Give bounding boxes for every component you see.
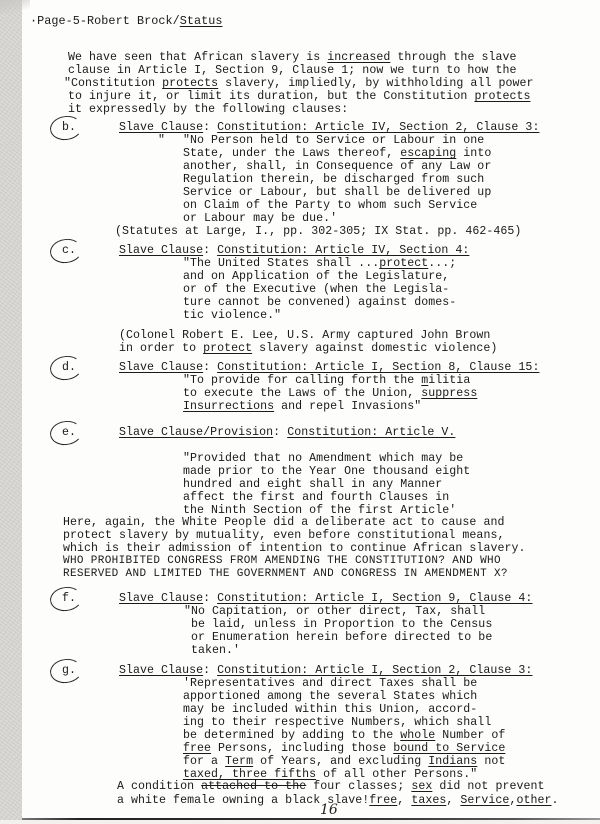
text: "Constitution (64, 77, 162, 90)
quote-line: be laid, unless in Proportion to the Cen… (184, 618, 492, 631)
emphasis-free: free (369, 794, 397, 807)
emphasis-sex: sex (411, 780, 432, 793)
text: 'Representatives and direct Taxes shall … (183, 677, 477, 690)
quote-line: 'Representatives and direct Taxes shall … (183, 677, 477, 690)
scan-bottom-band (0, 820, 600, 824)
heading-separator: : (203, 121, 217, 134)
clause-label: e. (62, 426, 76, 439)
heading-prefix: Slave Clause (119, 664, 203, 677)
clause-heading: Slave Clause: Constitution: Article I, S… (119, 664, 532, 677)
text: on Claim of the Party to whom such Servi… (183, 199, 477, 212)
text: We have seen that African slavery is (68, 51, 327, 64)
text: ...; (428, 257, 456, 270)
intro-line: to injure it, or limit its duration, but… (68, 90, 531, 103)
clause-label: d. (62, 361, 76, 374)
text: four classes; (306, 780, 411, 793)
quote-line: be determined by adding to the whole Num… (183, 729, 505, 742)
page-header: ·Page-5-Robert Brock/Status (30, 15, 223, 28)
clause-label: c. (62, 244, 76, 257)
text: "No Person held to Service or Labour in … (183, 134, 484, 147)
text: to injure it, or limit its duration, but… (68, 90, 474, 103)
clause-heading: Slave Clause: Constitution: Article IV, … (119, 244, 469, 257)
text: apportioned among the several States whi… (183, 690, 477, 703)
clause-label: f. (62, 592, 76, 605)
quote-line: free Persons, including those bound to S… (183, 742, 505, 755)
emphasis: protect (379, 257, 428, 270)
text: of Years, and excluding (253, 755, 428, 768)
clause-heading: Slave Clause: Constitution: Article I, S… (119, 592, 532, 605)
commentary-line: Here, again, the White People did a deli… (63, 516, 504, 529)
quote-line: on Claim of the Party to whom such Servi… (183, 199, 477, 212)
quote-line: "No Person held to Service or Labour in … (183, 134, 484, 147)
quote-line: made prior to the Year One thousand eigh… (183, 465, 470, 478)
text: , (446, 794, 460, 807)
text: ture cannot be convened) against domes- (183, 296, 456, 309)
heading-reference: Constitution: Article V. (287, 426, 455, 439)
quote-line: for a Term of Years, and excluding India… (183, 755, 505, 768)
commentary-line: RESERVED AND LIMITED THE GOVERNMENT AND … (63, 568, 508, 581)
intro-line: it expressedly by the following clauses: (68, 103, 348, 116)
clause-label: g. (62, 664, 76, 677)
emphasis: Term (225, 755, 253, 768)
text: "The United States shall ... (183, 257, 379, 270)
heading-separator: : (203, 361, 217, 374)
text: and on Application of the Legislature, (183, 270, 449, 283)
text: and repel Invasions" (274, 400, 421, 413)
commentary-line: protect slavery by mutuality, even befor… (63, 529, 504, 542)
clause-heading: Slave Clause: Constitution: Article I, S… (119, 361, 539, 374)
quote-line: Insurrections and repel Invasions" (183, 400, 421, 413)
emphasis: suppress (421, 387, 477, 400)
scan-corner-smudge (0, 0, 30, 14)
clause-heading: Slave Clause/Provision: Constitution: Ar… (119, 426, 455, 439)
text: through the slave (390, 51, 516, 64)
quote-line: hundred and eight shall in any Manner (183, 478, 442, 491)
text: be determined by adding to the (183, 729, 400, 742)
text: "To provide for calling forth the (183, 374, 421, 387)
text: or of the Executive (when the Legisla- (183, 283, 449, 296)
commentary-line: WHO PROHIBITED CONGRESS FROM AMENDING TH… (63, 555, 501, 568)
text: (Statutes at Large, I., pp. 302-305; IX … (115, 225, 521, 238)
scan-edge-strip (0, 0, 22, 824)
heading-reference: Constitution: Article IV, Section 4: (217, 244, 469, 257)
quote-line: another, shall, in Consequence of any La… (183, 160, 491, 173)
text: another, shall, in Consequence of any La… (183, 160, 491, 173)
text: taken.' (184, 644, 240, 657)
text: "Provided that no Amendment which may be (183, 452, 463, 465)
text: in order to (119, 342, 203, 355)
emphasis-protects: protects (474, 90, 530, 103)
quote-line: "No Capitation, or other direct, Tax, sh… (184, 605, 485, 618)
text: ing to their respective Numbers, which s… (183, 716, 491, 729)
emphasis: bound to Service (393, 742, 505, 755)
quote-line: may be included within this Union, accor… (183, 703, 477, 716)
emphasis: escaping (400, 147, 456, 160)
text: State, under the Laws thereof, (183, 147, 400, 160)
heading-reference: Constitution: Article I, Section 8, Clau… (217, 361, 539, 374)
intro-line: We have seen that African slavery is inc… (68, 51, 517, 64)
ditto-mark: " (158, 134, 165, 147)
text: tic violence." (183, 309, 281, 322)
commentary-line: which is their admission of intention to… (63, 542, 526, 555)
heading-reference: Constitution: Article IV, Section 2, Cla… (217, 121, 539, 134)
heading-separator: : (203, 664, 217, 677)
heading-reference: Constitution: Article I, Section 2, Clau… (217, 664, 532, 677)
text: , (397, 794, 411, 807)
quote-line: Service or Labour, but shall be delivere… (183, 186, 491, 199)
text: ilitia (428, 374, 470, 387)
intro-line: "Constitution protects slavery, impliedl… (64, 77, 534, 90)
heading-separator: : (203, 244, 217, 257)
text: . (552, 794, 559, 807)
quote-line: Regulation therein, be discharged from s… (183, 173, 484, 186)
quote-line: ture cannot be convened) against domes- (183, 296, 456, 309)
quote-line: "The United States shall ...protect...; (183, 257, 456, 270)
text: affect the first and fourth Clauses in (183, 491, 449, 504)
text: into (456, 147, 491, 160)
text: or Labour may be due.' (183, 212, 337, 225)
document-page: ·Page-5-Robert Brock/Status We have seen… (0, 0, 600, 824)
text: be laid, unless in Proportion to the Cen… (184, 618, 492, 631)
emphasis-protects: protects (162, 77, 218, 90)
text: Regulation therein, be discharged from s… (183, 173, 484, 186)
text: may be included within this Union, accor… (183, 703, 477, 716)
heading-separator: : (273, 426, 287, 439)
intro-line: clause in Article I, Section 9, Clause 1… (68, 64, 516, 77)
text: (Colonel Robert E. Lee, U.S. Army captur… (119, 329, 490, 342)
emphasis: whole (400, 729, 435, 742)
quote-line: or Labour may be due.' (183, 212, 337, 225)
text: slavery, impliedly, by withholding all p… (218, 77, 533, 90)
heading-prefix: Slave Clause (119, 121, 203, 134)
quote-line: or of the Executive (when the Legisla- (183, 283, 449, 296)
emphasis: free (183, 742, 211, 755)
emphasis-increased: increased (327, 51, 390, 64)
clause-label: b. (62, 121, 76, 134)
heading-separator: : (203, 592, 217, 605)
quote-line: affect the first and fourth Clauses in (183, 491, 449, 504)
heading-prefix: Slave Clause (119, 244, 203, 257)
quote-line: "Provided that no Amendment which may be (183, 452, 463, 465)
text: for a (183, 755, 225, 768)
emphasis: Insurrections (183, 400, 274, 413)
clause-heading: Slave Clause: Constitution: Article IV, … (119, 121, 539, 134)
quote-line: apportioned among the several States whi… (183, 690, 477, 703)
text: slavery against domestic violence) (252, 342, 497, 355)
text: Persons, including those (211, 742, 393, 755)
quote-line: taken.' (184, 644, 240, 657)
text: or Enumeration herein before directed to… (184, 631, 492, 644)
text: Number of (435, 729, 505, 742)
text: hundred and eight shall in any Manner (183, 478, 442, 491)
text: not (477, 755, 505, 768)
heading-prefix: Slave Clause/Provision (119, 426, 273, 439)
page-number: 16 (320, 803, 338, 817)
quote-line: tic violence." (183, 309, 281, 322)
text: did not prevent (432, 780, 544, 793)
header-prefix: Page-5-Robert Brock/ (37, 14, 180, 28)
heading-prefix: Slave Clause (119, 361, 203, 374)
text: to execute the Laws of the Union, (183, 387, 421, 400)
text: "No Capitation, or other direct, Tax, sh… (184, 605, 485, 618)
emphasis-other: other (516, 794, 551, 807)
citation-note: in order to protect slavery against dome… (119, 342, 497, 355)
quote-line: or Enumeration herein before directed to… (184, 631, 492, 644)
closing-line-1: A condition attached to the four classes… (117, 780, 545, 793)
citation-note: (Colonel Robert E. Lee, U.S. Army captur… (119, 329, 490, 342)
text: A condition (117, 780, 201, 793)
quote-line: ing to their respective Numbers, which s… (183, 716, 491, 729)
emphasis-taxes: taxes (411, 794, 446, 807)
emphasis-service: Service (460, 794, 509, 807)
quote-line: and on Application of the Legislature, (183, 270, 449, 283)
text: Service or Labour, but shall be delivere… (183, 186, 491, 199)
header-status: Status (180, 14, 223, 28)
quote-line: "To provide for calling forth the militi… (183, 374, 470, 387)
citation-note: (Statutes at Large, I., pp. 302-305; IX … (115, 225, 521, 238)
heading-reference: Constitution: Article I, Section 9, Clau… (217, 592, 532, 605)
heading-prefix: Slave Clause (119, 592, 203, 605)
quote-line: to execute the Laws of the Union, suppre… (183, 387, 477, 400)
emphasis: protect (203, 342, 252, 355)
quote-line: State, under the Laws thereof, escaping … (183, 147, 491, 160)
emphasis: Indians (428, 755, 477, 768)
text: made prior to the Year One thousand eigh… (183, 465, 470, 478)
struck-text: attached to the (201, 780, 306, 793)
